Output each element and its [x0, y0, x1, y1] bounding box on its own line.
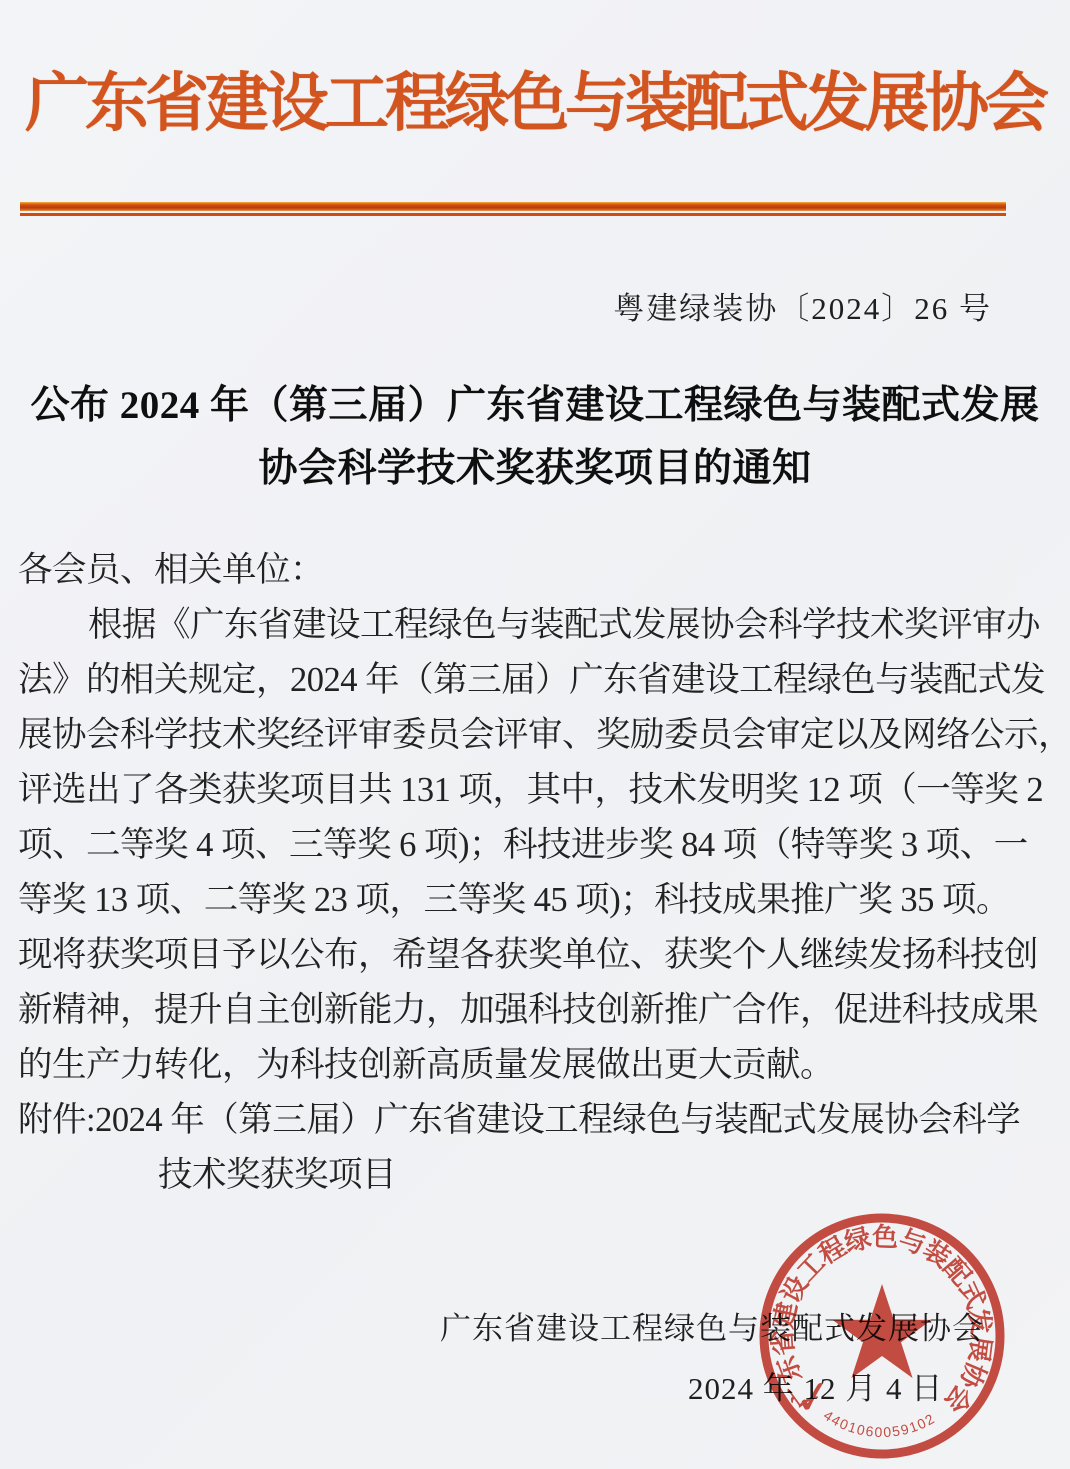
body-line: 等奖 13 项、二等奖 23 项，三等奖 45 项)；科技成果推广奖 35 项。	[18, 873, 1054, 928]
document-page: 广东省建设工程绿色与装配式发展协会 粤建绿装协〔2024〕26 号 公布 202…	[0, 0, 1070, 1469]
header-divider-thick-line	[20, 202, 1006, 211]
body-line: 法》的相关规定，2024 年（第三届）广东省建设工程绿色与装配式发	[18, 653, 1054, 708]
official-seal: 广东省建设工程绿色与装配式发展协会 4401060059102 ✓	[735, 1195, 1029, 1469]
notice-title-line-2: 协会科学技术奖获奖项目的通知	[0, 437, 1070, 500]
doc-number: 粤建绿装协〔2024〕26 号	[613, 283, 992, 328]
attachment-line: 附件:2024 年（第三届）广东省建设工程绿色与装配式发展协会科学	[18, 1093, 1054, 1148]
seal-code: 4401060059102	[821, 1407, 938, 1440]
org-header-title: 广东省建设工程绿色与装配式发展协会	[0, 52, 1070, 144]
body-line: 展协会科学技术奖经评审委员会评审、奖励委员会审定以及网络公示，	[18, 708, 1054, 763]
notice-body: 各会员、相关单位： 根据《广东省建设工程绿色与装配式发展协会科学技术奖评审办 法…	[18, 543, 1054, 1203]
body-line: 现将获奖项目予以公布，希望各获奖单位、获奖个人继续发扬科技创	[18, 928, 1054, 983]
seal-star-icon	[833, 1284, 932, 1378]
body-line: 的生产力转化，为科技创新高质量发展做出更大贡献。	[18, 1038, 1054, 1093]
body-line: 评选出了各类获奖项目共 131 项，其中，技术发明奖 12 项（一等奖 2	[18, 763, 1054, 818]
body-line: 项、二等奖 4 项、三等奖 6 项)；科技进步奖 84 项（特等奖 3 项、一	[18, 818, 1054, 873]
notice-title: 公布 2024 年（第三届）广东省建设工程绿色与装配式发展 协会科学技术奖获奖项…	[0, 374, 1070, 500]
body-line: 新精神，提升自主创新能力，加强科技创新推广合作，促进科技成果	[18, 983, 1054, 1038]
header-divider	[20, 202, 1006, 216]
body-line: 根据《广东省建设工程绿色与装配式发展协会科学技术奖评审办	[18, 598, 1054, 653]
header-divider-thin-line	[20, 213, 1006, 216]
check-mark-icon: ✓	[791, 1370, 836, 1426]
salutation: 各会员、相关单位：	[18, 543, 1054, 598]
notice-title-line-1: 公布 2024 年（第三届）广东省建设工程绿色与装配式发展	[0, 374, 1070, 437]
